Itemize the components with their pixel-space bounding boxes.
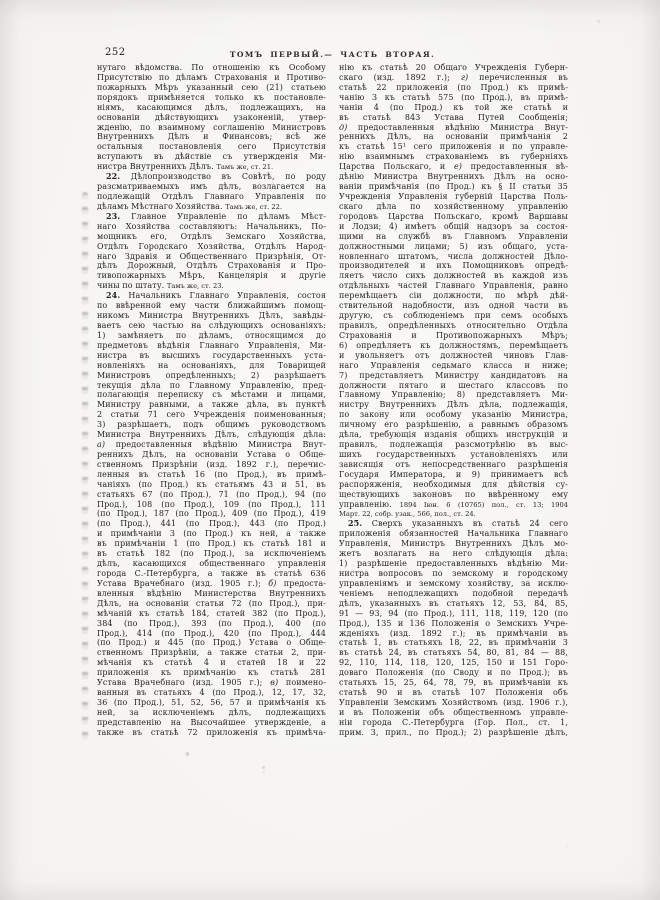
text-line: другую, съ соблюденіемъ при семъ особыхъ xyxy=(339,311,568,321)
text-line: представленію на Высочайшее утвержденіе,… xyxy=(97,718,326,728)
text-line: по закону или особому указанію Министра, xyxy=(339,410,568,420)
text-line: должности пятаго и шестаго классовъ по xyxy=(339,381,568,391)
text-line: правилъ, подлежащія разсмотрѣнію въ выс- xyxy=(339,440,568,450)
text-line: (по Прод.), 441 (по Прод.), 443 (по Прод… xyxy=(97,519,326,529)
text-line: наго Управленія седьмаго класса и ниже; xyxy=(339,361,568,371)
text-line: реннихъ Дѣлъ, на основаніи Устава о Обще… xyxy=(97,450,326,460)
text-line: 36 (по Прод.), 51, 52, 56, 57 и примѣчан… xyxy=(97,698,326,708)
text-line: нистру Внутреннихъ Дѣлъ дѣла, подлежащія… xyxy=(339,400,568,410)
text-line: Устава Врачебнаго (изд. 1905 г.); б) пре… xyxy=(97,579,326,589)
text-line: ственномъ Призрѣніи, а также статьи 2, п… xyxy=(97,648,326,658)
text-line: распоряженія, необходимыя для дѣйствія с… xyxy=(339,480,568,490)
text-line: чанію 3 къ статьѣ 575 (по Прод.), въ при… xyxy=(339,93,568,103)
text-line: въ примѣчаніи 1 (по Прод.) къ статьѣ 181… xyxy=(97,539,326,549)
text-line: и въ Положеніи объ общественномъ управле… xyxy=(339,708,568,718)
text-line: Внутреннихъ Дѣлъ и Финансовъ; всѣ же xyxy=(97,132,326,142)
text-line: скаго (изд. 1892 г.); г) перечисленныя в… xyxy=(339,73,568,83)
text-line: Министровъ опредѣленныхъ; 2) разрѣшаетъ xyxy=(97,371,326,381)
text-line: текущія дѣла по Главному Управленію, пре… xyxy=(97,381,326,391)
text-line: Главному Управленію; 8) представляетъ Ми… xyxy=(339,390,568,400)
text-line: нію къ статьѣ 20 Общаго Учрежденія Губер… xyxy=(339,63,568,73)
text-line: ленныя въ статьѣ 16 (по Прод.), въ примѣ… xyxy=(97,470,326,480)
text-line: дѣламъ Мѣстнаго Хозяйства. Тамъ же, ст. … xyxy=(97,202,326,212)
text-line: нистра въ высшихъ государственныхъ уста- xyxy=(97,351,326,361)
text-line: ваетъ сею частью на слѣдующихъ основанія… xyxy=(97,321,326,331)
scan-speck xyxy=(186,752,189,756)
text-line: Прод.), 414 (по Прод.), 420 (по Прод.), … xyxy=(97,629,326,639)
text-line: личному его разрѣшенію, а равнымъ образо… xyxy=(339,420,568,430)
text-line: Царства Польскаго, и е) предоставленныя … xyxy=(339,162,568,172)
text-line: и Лодзи; 4) имѣетъ общій надзоръ за сост… xyxy=(339,222,568,232)
text-line: (по Прод.), 187 (по Прод.), 409 (по Прод… xyxy=(97,509,326,519)
text-line: 6) опредѣляетъ къ должностямъ, перемѣщае… xyxy=(339,341,568,351)
text-line: Прод.), 108 (по Прод.), 109 (по Прод.), … xyxy=(97,500,326,510)
text-line: жетъ возлагать на него слѣдующія дѣла: xyxy=(339,549,568,559)
text-line: нистра вопросовъ по земскому и городском… xyxy=(339,569,568,579)
text-line: порядокъ примѣняется только къ постановл… xyxy=(97,93,326,103)
text-line: д) предоставленныя вѣдѣнію Министра Внут… xyxy=(339,123,568,133)
text-line: городовъ Царства Польскаго, кромѣ Варшав… xyxy=(339,212,568,222)
text-line: разсматриваемыхъ имъ дѣлъ, возлагается н… xyxy=(97,182,326,192)
text-line: зависящія отъ непосредственнаго разрѣшен… xyxy=(339,460,568,470)
text-line: ванныя въ статьяхъ 4 (по Прод.), 12, 17,… xyxy=(97,688,326,698)
text-line: мощникъ его, Отдѣлъ Земскаго Хозяйства, xyxy=(97,232,326,242)
text-line: правилъ, опредѣленныхъ относительно Отдѣ… xyxy=(339,321,568,331)
text-line: и увольняетъ отъ должностей чиновъ Глав- xyxy=(339,351,568,361)
text-line: 91 — 93, 94 (по Прод.), 111, 118, 119, 1… xyxy=(339,609,568,619)
text-line: 24. Начальникъ Главнаго Управленія, сост… xyxy=(97,291,326,301)
text-line: никомъ Министра Внутреннихъ Дѣлъ, завѣды… xyxy=(97,311,326,321)
text-column-right: нію къ статьѣ 20 Общаго Учрежденія Губер… xyxy=(339,63,568,738)
text-line: города С.-Петербурга, а также въ статьѣ … xyxy=(97,569,326,579)
text-line: Учрежденія Управленія губерній Царства П… xyxy=(339,192,568,202)
text-line: управленіямъ и земскому хозяйству, за ис… xyxy=(339,579,568,589)
text-line: (по Прод.) и 445 (по Прод.) Устава о Общ… xyxy=(97,638,326,648)
text-line: въ статьѣ 182 (по Прод.), за исключеніем… xyxy=(97,549,326,559)
text-line: 3) разрѣшаетъ, подъ общимъ руководствомъ xyxy=(97,420,326,430)
text-line: нію взаимнымъ страхованіемъ въ губерніях… xyxy=(339,152,568,162)
text-line: 384 (по Прод.), 393 (по Прод.), 400 (по xyxy=(97,619,326,629)
text-line: предметовъ вѣдѣнія Главнаго Управленія, … xyxy=(97,341,326,351)
text-line: Дѣлъ, на основаніи статьи 72 (по Прод.),… xyxy=(97,599,326,609)
text-line: ственномъ Призрѣніи (изд. 1892 г.), пере… xyxy=(97,460,326,470)
text-line: жденію, по взаимному соглашенію Министро… xyxy=(97,123,326,133)
text-line: перемѣщаетъ сіи должности, по мѣрѣ дѣй- xyxy=(339,291,568,301)
text-line: новленнаго штатомъ, числа должностей Дѣл… xyxy=(339,252,568,262)
text-line: 25. Сверхъ указанныхъ въ статьѣ 24 сего xyxy=(339,519,568,529)
text-line: производителей и ихъ Помощниковъ опредѣ- xyxy=(339,261,568,271)
text-line: вступаютъ въ дѣйствіе съ утвержденія Ми- xyxy=(97,152,326,162)
text-line: пожарныхъ Мѣръ указанный сею (21) статье… xyxy=(97,83,326,93)
text-line: остальныя постановленія сего Присутствія xyxy=(97,142,326,152)
text-line: также въ статьѣ 72 приложенія къ примѣча… xyxy=(97,728,326,738)
text-line: Март. 22, собр. узак., 566, пол., ст. 24… xyxy=(339,509,568,519)
text-line: тивопожарныхъ Мѣръ, Канцелярія и другіе xyxy=(97,271,326,281)
text-line: 1) замѣняетъ по дѣламъ, относящимся до xyxy=(97,331,326,341)
text-line: 1) разрѣшеніе предоставленныхъ вѣдѣнію М… xyxy=(339,559,568,569)
text-line: нистра Внутреннихъ Дѣлъ. Тамъ же, ст. 21… xyxy=(97,162,326,172)
text-line: ченіемъ неподлежащихъ подобной передачѣ xyxy=(339,589,568,599)
text-line: должностными лицами; 5) изъ общаго, уста… xyxy=(339,242,568,252)
text-line: статьяхъ 67 (по Прод.), 71 (по Прод.), 9… xyxy=(97,490,326,500)
text-line: Устава Врачебнаго (изд. 1905 г.); в) пои… xyxy=(97,678,326,688)
text-line: ніи города С.-Петербурга (Гор. Пол., ст.… xyxy=(339,718,568,728)
text-line: ваніи примѣчанія (по Прод.) къ § II стат… xyxy=(339,182,568,192)
text-line: Государя Императора, и 9) принимаетъ всѣ xyxy=(339,470,568,480)
text-line: основаніи дѣйствующихъ узаконеній, утвер… xyxy=(97,113,326,123)
text-line: къ статьѣ 15¹ сего приложенія и по управ… xyxy=(339,142,568,152)
text-line: Министра Внутреннихъ Дѣлъ, слѣдующія дѣл… xyxy=(97,430,326,440)
text-line: 23. Главное Управленіе по дѣламъ Мѣст- xyxy=(97,212,326,222)
text-line: по ввѣренной ему части ближайшимъ помощ- xyxy=(97,301,326,311)
text-line: щими на службѣ въ Главномъ Управленіи xyxy=(339,232,568,242)
text-line: въ статьѣ 843 Устава Путей Сообщенія; xyxy=(339,113,568,123)
text-line: Управленіи Земскимъ Хозяйствомъ (изд. 19… xyxy=(339,698,568,708)
text-line: Страхованія и Противопожарныхъ Мѣръ; xyxy=(339,331,568,341)
text-line: мѣчаній къ статьѣ 184, статей 382 (по Пр… xyxy=(97,609,326,619)
text-line: чины по штату. Тамъ же, ст. 23. xyxy=(97,281,326,291)
text-line: Присутствію по дѣламъ Страхованія и Прот… xyxy=(97,73,326,83)
text-line: ляетъ число сихъ должностей въ каждой из… xyxy=(339,271,568,281)
text-line: ніямъ, касающимся дѣлъ, подлежащихъ, на xyxy=(97,103,326,113)
text-line: дѣла, требующія изданія общихъ инструкці… xyxy=(339,430,568,440)
text-line: Прод.), 135 и 136 Положенія о Земскихъ У… xyxy=(339,619,568,629)
text-line: Министру равными, а также дѣла, въ пункт… xyxy=(97,400,326,410)
text-line: статьѣ 90 и въ статьѣ 107 Положенія объ xyxy=(339,688,568,698)
text-line: дѣнію Министра Внутреннихъ Дѣлъ на осно- xyxy=(339,172,568,182)
text-column-left: нутаго вѣдомства. По отношенію къ Особом… xyxy=(97,63,326,738)
scan-speck xyxy=(262,766,265,769)
text-line: статьяхъ 15, 25, 64, 78, 79, въ примѣчан… xyxy=(339,678,568,688)
text-line: дѣлъ Дорожный, Отдѣлъ Страхованія и Про- xyxy=(97,261,326,271)
text-line: подлежащій Отдѣлъ Главнаго Управленія по xyxy=(97,192,326,202)
text-line: жденіяхъ (изд. 1892 г.); въ примѣчаніи в… xyxy=(339,629,568,639)
text-line: шихъ государственныхъ установленіяхъ или xyxy=(339,450,568,460)
text-line: реннихъ Дѣлъ, на основаніи примѣчанія 2 xyxy=(339,132,568,142)
text-line: а) предоставленныя вѣдѣнію Министра Внут… xyxy=(97,440,326,450)
text-line: наго Хозяйства составляютъ: Начальникъ, … xyxy=(97,222,326,232)
scan-speck xyxy=(566,845,568,847)
text-line: и примѣчаніи 3 (по Прод.) къ ней, а такж… xyxy=(97,529,326,539)
text-line: ществующихъ законовъ по ввѣренному ему xyxy=(339,490,568,500)
text-line: въ статьѣ 24, въ статьяхъ 54, 80, 81, 84… xyxy=(339,648,568,658)
text-line: 92, 110, 114, 118, 120, 125, 150 и 151 Г… xyxy=(339,658,568,668)
text-line: 7) представляетъ Министру кандидатовъ на xyxy=(339,371,568,381)
scan-gutter-marks xyxy=(82,192,88,740)
text-line: полагающія переписку съ мѣстами и лицами… xyxy=(97,390,326,400)
text-line: статьѣ 1, въ статьяхъ 18, 22, въ примѣча… xyxy=(339,638,568,648)
text-line: скаго дѣла по хозяйственному управленію xyxy=(339,202,568,212)
text-line: 2 статьи 71 сего Учрежденія поименованны… xyxy=(97,410,326,420)
text-line: доваго Положенія (по Своду и по Прод.); … xyxy=(339,668,568,678)
text-line: управленію. 1894 Іюн. 6 (10765) пол., ст… xyxy=(339,500,568,510)
text-line: прим. 3, прил., по Прод.); 2) разрѣшеніе… xyxy=(339,728,568,738)
text-line: приложенія обязанностей Начальника Главн… xyxy=(339,529,568,539)
text-line: дѣлъ, касающихся общественнаго управлені… xyxy=(97,559,326,569)
text-line: Управленія, Министръ Внутреннихъ Дѣлъ мо… xyxy=(339,539,568,549)
running-header: ТОМЪ ПЕРВЫЙ.— ЧАСТЬ ВТОРАЯ. xyxy=(97,50,568,59)
text-line: новленіяхъ на основаніяхъ, для Товарищей xyxy=(97,361,326,371)
text-line: чаніяхъ (по Прод.) къ статьямъ 43 и 51, … xyxy=(97,480,326,490)
scan-speck xyxy=(597,20,600,23)
text-line: 22. Дѣлопроизводство въ Совѣтѣ, по роду xyxy=(97,172,326,182)
text-line: отдѣльныхъ частей Главнаго Управленія, р… xyxy=(339,281,568,291)
scanned-book-page: { "page": { "number": "252", "running_he… xyxy=(0,0,660,900)
text-line: Отдѣлъ Городскаго Хозяйства, Отдѣлъ Наро… xyxy=(97,242,326,252)
text-line: нутаго вѣдомства. По отношенію къ Особом… xyxy=(97,63,326,73)
text-line: вленныя вѣдѣнію Министерства Внутреннихъ xyxy=(97,589,326,599)
text-line: ствительной надобности, изъ одной части … xyxy=(339,301,568,311)
text-line: дѣлъ, указанныхъ въ статьяхъ 12, 53, 84,… xyxy=(339,599,568,609)
text-line: статьѣ 22 приложенія (по Прод.) къ примѣ… xyxy=(339,83,568,93)
text-line: мѣчанія къ статьѣ 4 и статей 18 и 22 xyxy=(97,658,326,668)
text-line: приложенія къ примѣчанію къ статьѣ 281 xyxy=(97,668,326,678)
text-line: наго Здравія и Общественнаго Призрѣнія, … xyxy=(97,252,326,262)
text-line: ней, за исключеніемъ дѣлъ, подлежащихъ xyxy=(97,708,326,718)
text-line: чаніи 4 (по Прод.) къ той же статьѣ и xyxy=(339,103,568,113)
scan-speck xyxy=(263,771,265,773)
